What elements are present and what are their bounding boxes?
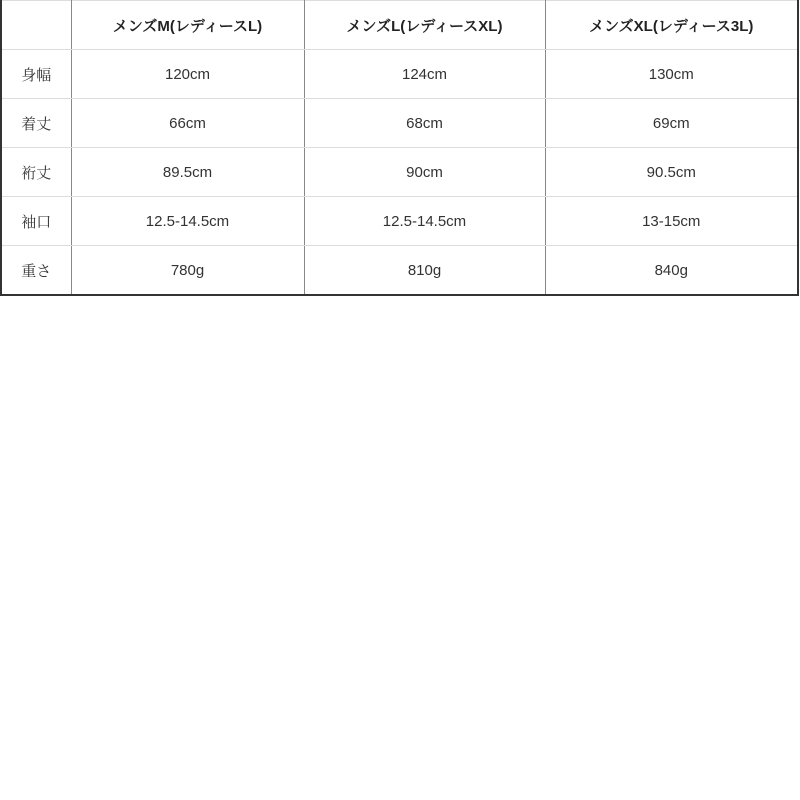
table-cell: 810g — [304, 246, 545, 296]
row-label: 裄丈 — [1, 148, 71, 197]
table-cell: 68cm — [304, 99, 545, 148]
table-cell: 130cm — [545, 50, 798, 99]
table-row-sleeve-length: 裄丈 89.5cm 90cm 90.5cm — [1, 148, 798, 197]
table-row-length: 着丈 66cm 68cm 69cm — [1, 99, 798, 148]
table-cell: 12.5-14.5cm — [304, 197, 545, 246]
header-size-xl: メンズXL(レディース3L) — [545, 1, 798, 50]
table-cell: 89.5cm — [71, 148, 304, 197]
table-cell: 66cm — [71, 99, 304, 148]
table-cell: 124cm — [304, 50, 545, 99]
row-label: 重さ — [1, 246, 71, 296]
row-label: 着丈 — [1, 99, 71, 148]
table-row-cuff: 袖口 12.5-14.5cm 12.5-14.5cm 13-15cm — [1, 197, 798, 246]
header-corner-cell — [1, 1, 71, 50]
row-label: 身幅 — [1, 50, 71, 99]
table-row-weight: 重さ 780g 810g 840g — [1, 246, 798, 296]
table-row-body-width: 身幅 120cm 124cm 130cm — [1, 50, 798, 99]
table-cell: 69cm — [545, 99, 798, 148]
header-row: メンズM(レディースL) メンズL(レディースXL) メンズXL(レディース3L… — [1, 1, 798, 50]
table-cell: 780g — [71, 246, 304, 296]
table-cell: 120cm — [71, 50, 304, 99]
table-cell: 13-15cm — [545, 197, 798, 246]
table-cell: 840g — [545, 246, 798, 296]
table-cell: 90cm — [304, 148, 545, 197]
table-cell: 12.5-14.5cm — [71, 197, 304, 246]
size-chart-table: メンズM(レディースL) メンズL(レディースXL) メンズXL(レディース3L… — [0, 0, 799, 296]
header-size-l: メンズL(レディースXL) — [304, 1, 545, 50]
row-label: 袖口 — [1, 197, 71, 246]
header-size-m: メンズM(レディースL) — [71, 1, 304, 50]
table-cell: 90.5cm — [545, 148, 798, 197]
